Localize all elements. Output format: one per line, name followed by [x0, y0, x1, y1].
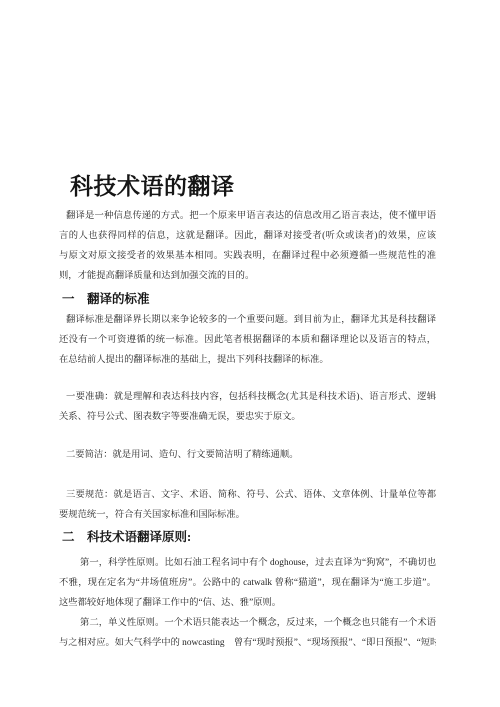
text-line: 在总结前人提出的翻译标准的基础上，提出下列科技翻译的标准。	[59, 350, 436, 370]
criterion2-paragraph: 二要简洁：就是用词、造句、行文要简洁明了精练通顺。	[59, 445, 436, 465]
document-page: 科技术语的翻译 翻译是一种信息传递的方式。把一个原来甲语言表达的信息改用乙语言表…	[0, 0, 500, 707]
principle2-paragraph: 第二，单义性原则。一个术语只能表达一个概念，反过来，一个概念也只能有一个术语 与…	[59, 613, 436, 653]
text-line: 翻译是一种信息传递的方式。把一个原来甲语言表达的信息改用乙语言表达，使不懂甲语	[59, 206, 436, 226]
intro-paragraph: 翻译是一种信息传递的方式。把一个原来甲语言表达的信息改用乙语言表达，使不懂甲语 …	[59, 206, 436, 286]
criterion3-paragraph: 三要规范：就是语言、文字、术语、简称、符号、公式、语体、文章体例、计量单位等都 …	[59, 485, 436, 525]
text-line: 还没有一个可资遵循的统一标准。因此笔者根据翻译的本质和翻译理论以及语言的特点，	[59, 330, 436, 350]
text-line: 三要规范：就是语言、文字、术语、简称、符号、公式、语体、文章体例、计量单位等都	[59, 485, 436, 505]
document-title: 科技术语的翻译	[70, 171, 235, 203]
text-line: 不雅，现在定名为“井场值班房”。公路中的 catwalk 曾称“猫道”，现在翻译…	[59, 573, 436, 593]
text-line: 关系、符号公式、图表数字等要准确无误，要忠实于原文。	[59, 407, 436, 427]
text-line: 这些都较好地体现了翻译工作中的“信、达、雅”原则。	[59, 593, 436, 613]
section1-heading: 一 翻译的标准	[62, 289, 150, 309]
criterion1-paragraph: 一要准确：就是理解和表达科技内容，包括科技概念(尤其是科技术语)、语言形式、逻辑…	[59, 387, 436, 427]
text-line: 与之相对应。如大气科学中的 nowcasting 曾有“现时预报”、“现场预报”…	[59, 633, 436, 653]
text-line: 第一，科学性原则。比如石油工程名词中有个 doghouse，过去直译为“狗窝”，…	[59, 553, 436, 573]
section1-paragraph: 翻译标准是翻译界长期以来争论较多的一个重要问题。到目前为止，翻译尤其是科技翻译 …	[59, 310, 436, 370]
text-line: 要规范统一，符合有关国家标准和国际标准。	[59, 505, 436, 525]
section2-heading: 二 科技术语翻译原则:	[62, 527, 191, 547]
text-line: 则，才能提高翻译质量和达到加强交流的目的。	[59, 266, 436, 286]
text-line: 翻译标准是翻译界长期以来争论较多的一个重要问题。到目前为止，翻译尤其是科技翻译	[59, 310, 436, 330]
text-line: 一要准确：就是理解和表达科技内容，包括科技概念(尤其是科技术语)、语言形式、逻辑	[59, 387, 436, 407]
text-line: 与原文对原文接受者的效果基本相同。实践表明，在翻译过程中必须遵循一些规范性的准	[59, 246, 436, 266]
text-line: 第二，单义性原则。一个术语只能表达一个概念，反过来，一个概念也只能有一个术语	[59, 613, 436, 633]
principle1-paragraph: 第一，科学性原则。比如石油工程名词中有个 doghouse，过去直译为“狗窝”，…	[59, 553, 436, 613]
text-line: 言的人也获得同样的信息，这就是翻译。因此，翻译对接受者(听众或读者)的效果，应该	[59, 226, 436, 246]
text-line: 二要简洁：就是用词、造句、行文要简洁明了精练通顺。	[59, 445, 436, 465]
